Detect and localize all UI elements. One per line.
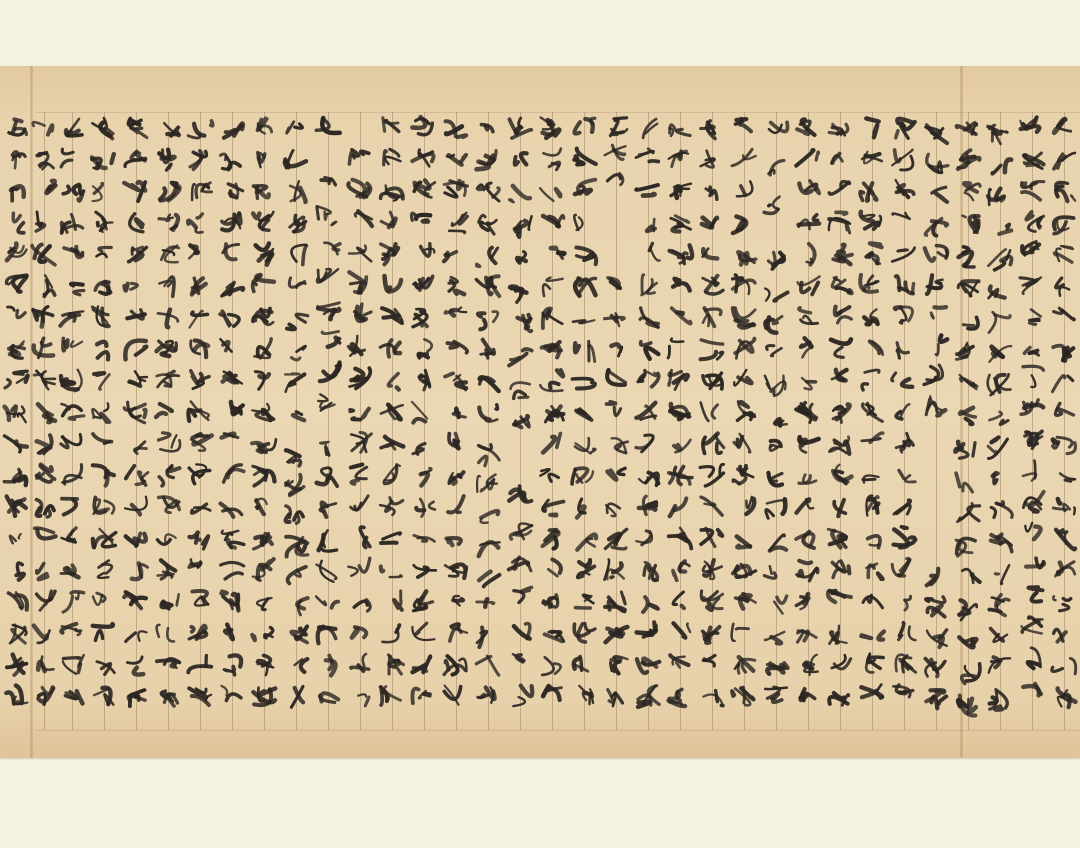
calligraphy-glyph	[896, 655, 916, 673]
calligraphy-glyph	[605, 313, 625, 326]
calligraphy-glyph	[161, 246, 178, 263]
calligraphy-glyph	[701, 121, 715, 139]
calligraphy-glyph	[870, 342, 883, 355]
calligraphy-glyph	[1055, 403, 1073, 415]
calligraphy-glyph	[643, 597, 658, 612]
calligraphy-glyph	[515, 153, 527, 165]
calligraphy-glyph	[316, 118, 339, 133]
calligraphy-glyph	[37, 435, 52, 454]
calligraphy-glyph	[189, 626, 206, 639]
calligraphy-glyph	[360, 527, 370, 547]
calligraphy-glyph	[868, 536, 880, 548]
calligraphy-glyph	[1023, 461, 1036, 481]
calligraphy-glyph	[896, 180, 914, 197]
calligraphy-glyph	[290, 181, 305, 202]
calligraphy-glyph	[255, 499, 266, 514]
calligraphy-glyph	[1025, 431, 1042, 448]
calligraphy-glyph	[574, 657, 588, 672]
calligraphy-glyph	[577, 535, 596, 550]
calligraphy-glyph	[577, 560, 594, 577]
calligraphy-glyph	[449, 277, 464, 294]
calligraphy-glyph	[927, 154, 948, 172]
calligraphy-glyph	[318, 303, 340, 319]
calligraphy-glyph	[768, 473, 782, 486]
calligraphy-glyph	[220, 339, 231, 352]
calligraphy-glyph	[326, 656, 336, 676]
calligraphy-glyph	[291, 686, 303, 707]
calligraphy-glyph	[477, 151, 497, 170]
calligraphy-glyph	[354, 600, 370, 612]
calligraphy-glyph	[126, 466, 148, 485]
calligraphy-glyph	[573, 320, 594, 323]
calligraphy-glyph	[61, 624, 81, 635]
calligraphy-glyph	[832, 277, 852, 293]
calligraphy-glyph	[799, 308, 818, 324]
calligraphy-glyph	[866, 564, 883, 579]
calligraphy-glyph	[256, 244, 273, 265]
calligraphy-glyph	[71, 284, 84, 295]
calligraphy-glyph	[38, 657, 53, 672]
calligraphy-glyph	[444, 686, 460, 705]
calligraphy-glyph	[444, 181, 467, 197]
calligraphy-glyph	[447, 155, 466, 165]
calligraphy-glyph	[36, 212, 45, 231]
calligraphy-glyph	[159, 466, 179, 486]
calligraphy-glyph	[607, 370, 625, 385]
calligraphy-glyph	[735, 339, 754, 359]
calligraphy-glyph	[832, 655, 851, 669]
calligraphy-glyph	[192, 278, 206, 295]
calligraphy-glyph	[295, 659, 308, 672]
calligraphy-glyph	[61, 434, 81, 447]
calligraphy-glyph	[804, 655, 818, 675]
calligraphy-glyph	[892, 373, 913, 387]
calligraphy-glyph	[671, 216, 691, 232]
calligraphy-glyph	[157, 341, 177, 356]
calligraphy-glyph	[159, 215, 178, 230]
calligraphy-glyph	[862, 152, 882, 164]
calligraphy-glyph	[351, 654, 369, 671]
calligraphy-glyph	[649, 243, 659, 260]
calligraphy-glyph	[764, 197, 779, 214]
calligraphy-glyph	[127, 310, 145, 319]
calligraphy-glyph	[514, 416, 529, 427]
calligraphy-glyph	[189, 688, 211, 705]
calligraphy-glyph	[543, 595, 558, 608]
calligraphy-glyph	[97, 342, 108, 360]
calligraphy-glyph	[124, 402, 145, 423]
calligraphy-glyph	[157, 371, 179, 387]
calligraphy-glyph	[10, 534, 21, 543]
calligraphy-glyph	[905, 596, 911, 610]
calligraphy-glyph	[639, 496, 657, 514]
calligraphy-glyph	[1021, 400, 1043, 415]
calligraphy-glyph	[1056, 530, 1075, 550]
calligraphy-glyph	[1022, 242, 1039, 255]
calligraphy-glyph	[796, 499, 813, 513]
calligraphy-glyph	[221, 504, 242, 517]
calligraphy-glyph	[291, 346, 305, 360]
calligraphy-glyph	[1020, 117, 1039, 132]
calligraphy-glyph	[8, 592, 27, 610]
calligraphy-glyph	[669, 151, 688, 166]
calligraphy-glyph	[703, 627, 720, 643]
calligraphy-glyph	[637, 658, 659, 673]
calligraphy-glyph	[125, 341, 146, 360]
calligraphy-glyph	[7, 496, 26, 516]
calligraphy-glyph	[673, 592, 684, 608]
calligraphy-glyph	[159, 497, 180, 513]
calligraphy-glyph	[992, 473, 997, 484]
calligraphy-glyph	[829, 212, 850, 233]
calligraphy-glyph	[449, 213, 467, 233]
calligraphy-glyph	[1023, 153, 1043, 169]
calligraphy-glyph	[125, 152, 145, 167]
calligraphy-glyph	[129, 247, 147, 262]
calligraphy-glyph	[348, 180, 370, 198]
calligraphy-glyph	[320, 442, 329, 455]
calligraphy-glyph	[253, 309, 273, 325]
calligraphy-glyph	[224, 655, 241, 674]
calligraphy-glyph	[637, 622, 656, 637]
calligraphy-glyph	[252, 404, 274, 421]
calligraphy-glyph	[291, 627, 307, 643]
calligraphy-glyph	[449, 434, 459, 449]
calligraphy-glyph	[899, 470, 915, 482]
calligraphy-glyph	[192, 591, 208, 606]
calligraphy-glyph	[35, 528, 56, 539]
calligraphy-glyph	[956, 343, 973, 360]
calligraphy-glyph	[702, 218, 717, 228]
calligraphy-glyph	[932, 187, 947, 202]
calligraphy-glyph	[673, 561, 689, 580]
calligraphy-glyph	[931, 307, 946, 318]
calligraphy-glyph	[959, 247, 975, 267]
calligraphy-glyph	[960, 375, 977, 389]
calligraphy-glyph	[320, 503, 336, 517]
calligraphy-glyph	[670, 498, 687, 516]
calligraphy-glyph	[63, 465, 82, 485]
calligraphy-glyph	[796, 403, 816, 423]
calligraphy-glyph	[703, 691, 723, 706]
calligraphy-glyph	[733, 275, 755, 294]
calligraphy-glyph	[1054, 246, 1073, 262]
calligraphy-glyph	[1025, 523, 1040, 539]
calligraphy-glyph	[1053, 437, 1076, 453]
calligraphy-glyph	[60, 311, 83, 325]
calligraphy-glyph	[896, 404, 909, 419]
calligraphy-glyph	[835, 307, 852, 323]
calligraphy-glyph	[252, 439, 276, 452]
calligraphy-glyph	[290, 215, 306, 232]
calligraphy-glyph	[703, 308, 721, 326]
calligraphy-glyph	[575, 438, 595, 453]
calligraphy-glyph	[644, 562, 657, 580]
calligraphy-glyph	[636, 531, 652, 545]
calligraphy-glyph	[860, 275, 878, 292]
calligraphy-glyph	[6, 686, 27, 705]
calligraphy-glyph	[959, 637, 977, 647]
calligraphy-glyph	[130, 214, 143, 232]
calligraphy-glyph	[63, 655, 84, 674]
calligraphy-glyph	[37, 591, 55, 610]
calligraphy-glyph	[551, 248, 565, 259]
calligraphy-glyph	[572, 468, 593, 484]
calligraphy-glyph	[989, 657, 1011, 673]
calligraphy-glyph	[765, 288, 788, 300]
calligraphy-glyph	[9, 341, 24, 358]
calligraphy-glyph	[543, 149, 560, 170]
calligraphy-glyph	[511, 383, 530, 399]
calligraphy-glyph	[956, 538, 975, 556]
calligraphy-glyph	[799, 437, 818, 452]
calligraphy-glyph	[92, 118, 112, 138]
calligraphy-glyph	[394, 591, 402, 610]
calligraphy-glyph	[380, 687, 400, 706]
calligraphy-glyph	[479, 445, 500, 466]
calligraphy-glyph	[4, 436, 27, 452]
calligraphy-glyph	[10, 625, 26, 644]
calligraphy-glyph	[289, 278, 305, 288]
calligraphy-glyph	[610, 656, 627, 673]
calligraphy-glyph	[605, 592, 625, 612]
calligraphy-glyph	[318, 394, 334, 410]
calligraphy-glyph	[221, 562, 244, 579]
calligraphy-glyph	[925, 246, 948, 261]
calligraphy-glyph	[385, 276, 402, 292]
calligraphy-glyph	[668, 339, 683, 358]
calligraphy-glyph	[1026, 212, 1043, 232]
calligraphy-glyph	[188, 214, 202, 233]
calligraphy-glyph	[479, 215, 497, 234]
calligraphy-glyph	[548, 559, 561, 576]
calligraphy-glyph	[572, 379, 594, 389]
calligraphy-glyph	[833, 405, 850, 423]
calligraphy-glyph	[478, 687, 495, 702]
calligraphy-glyph	[925, 597, 944, 617]
calligraphy-glyph	[703, 560, 722, 579]
calligraphy-glyph	[220, 311, 239, 326]
calligraphy-glyph	[796, 150, 818, 166]
calligraphy-glyph	[5, 406, 26, 422]
calligraphy-glyph	[445, 308, 466, 316]
calligraphy-glyph	[988, 189, 1004, 205]
calligraphy-glyph	[446, 121, 467, 137]
calligraphy-glyph	[445, 565, 467, 578]
calligraphy-glyph	[63, 592, 84, 612]
calligraphy-glyph	[479, 572, 499, 587]
calligraphy-glyph	[284, 150, 306, 168]
calligraphy-glyph	[7, 244, 27, 261]
calligraphy-glyph	[958, 150, 980, 169]
calligraphy-glyph	[221, 154, 241, 170]
calligraphy-glyph	[61, 149, 73, 167]
calligraphy-glyph	[517, 252, 526, 263]
calligraphy-glyph	[61, 215, 82, 234]
calligraphy-glyph	[253, 275, 274, 291]
calligraphy-glyph	[480, 377, 499, 391]
calligraphy-glyph	[732, 687, 754, 705]
calligraphy-glyph	[450, 624, 467, 641]
calligraphy-glyph	[574, 118, 594, 133]
calligraphy-glyph	[34, 626, 50, 643]
calligraphy-glyph	[1023, 684, 1041, 696]
calligraphy-glyph	[94, 497, 114, 513]
calligraphy-glyph	[1028, 587, 1042, 601]
calligraphy-glyph	[158, 560, 176, 579]
calligraphy-glyph	[829, 124, 848, 136]
calligraphy-glyph	[509, 486, 531, 502]
calligraphy-glyph	[63, 338, 82, 351]
calligraphy-glyph	[412, 623, 434, 640]
calligraphy-glyph	[703, 276, 723, 294]
calligraphy-glyph	[257, 655, 274, 675]
calligraphy-glyph	[419, 370, 430, 390]
calligraphy-glyph	[1021, 182, 1043, 200]
calligraphy-glyph	[636, 185, 658, 196]
calligraphy-glyph	[381, 437, 403, 450]
calligraphy-glyph	[479, 405, 497, 422]
calligraphy-glyph	[352, 627, 366, 638]
calligraphy-glyph	[316, 561, 336, 582]
calligraphy-glyph	[926, 690, 946, 708]
calligraphy-glyph	[892, 558, 909, 576]
calligraphy-glyph	[477, 248, 498, 267]
calligraphy-glyph	[862, 370, 879, 390]
calligraphy-glyph	[541, 118, 560, 138]
calligraphy-glyph	[797, 561, 818, 581]
calligraphy-glyph	[764, 566, 775, 578]
calligraphy-glyph	[8, 307, 26, 318]
calligraphy-glyph	[222, 686, 241, 701]
calligraphy-glyph	[1053, 596, 1071, 611]
calligraphy-glyph	[510, 285, 527, 302]
calligraphy-glyph	[866, 496, 878, 516]
calligraphy-glyph	[733, 217, 746, 234]
calligraphy-glyph	[412, 150, 433, 166]
calligraphy-glyph	[61, 404, 84, 420]
calligraphy-glyph	[829, 437, 849, 454]
calligraphy-glyph	[833, 465, 852, 484]
calligraphy-glyph	[770, 535, 787, 551]
calligraphy-glyph	[991, 629, 1008, 642]
calligraphy-glyph	[927, 569, 939, 586]
calligraphy-glyph	[1054, 629, 1066, 641]
calligraphy-glyph	[188, 656, 211, 673]
calligraphy-glyph	[253, 466, 275, 486]
calligraphy-glyph	[351, 464, 367, 483]
calligraphy-glyph	[1024, 348, 1038, 356]
calligraphy-glyph	[575, 595, 593, 608]
calligraphy-glyph	[1054, 119, 1071, 133]
calligraphy-glyph	[16, 563, 24, 580]
calligraphy-glyph	[673, 278, 690, 290]
calligraphy-glyph	[222, 531, 244, 548]
calligraphy-glyph	[574, 149, 596, 165]
calligraphy-glyph	[834, 500, 845, 516]
calligraphy-glyph	[63, 185, 83, 201]
calligraphy-glyph	[124, 182, 145, 201]
calligraphy-glyph	[515, 216, 532, 237]
calligraphy-glyph	[44, 275, 55, 296]
calligraphy-glyph	[132, 563, 148, 579]
calligraphy-glyph	[513, 686, 532, 707]
calligraphy-glyph	[127, 657, 143, 675]
calligraphy-glyph	[829, 182, 849, 195]
calligraphy-glyph	[93, 593, 105, 605]
calligraphy-glyph	[47, 180, 56, 193]
calligraphy-glyph	[93, 434, 112, 444]
calligraphy-glyph	[257, 598, 272, 610]
calligraphy-glyph	[897, 343, 908, 358]
calligraphy-glyph	[412, 213, 431, 221]
calligraphy-glyph	[445, 373, 466, 390]
calligraphy-glyph	[413, 591, 432, 610]
calligraphy-glyph	[157, 534, 175, 544]
calligraphy-glyph	[349, 150, 368, 165]
calligraphy-glyph	[866, 243, 881, 264]
calligraphy-glyph	[990, 690, 1008, 710]
calligraphy-glyph	[734, 370, 752, 386]
calligraphy-glyph	[670, 245, 693, 263]
calligraphy-glyph	[257, 118, 271, 133]
calligraphy-glyph	[222, 213, 241, 230]
calligraphy-glyph	[93, 184, 103, 202]
calligraphy-glyph	[32, 245, 55, 265]
calligraphy-glyph	[702, 249, 717, 259]
calligraphy-glyph	[97, 662, 115, 675]
calligraphy-glyph	[543, 278, 563, 297]
calligraphy-glyph	[285, 374, 304, 392]
calligraphy-glyph	[962, 216, 979, 233]
calligraphy-glyph	[191, 434, 212, 450]
calligraphy-glyph	[861, 632, 884, 640]
calligraphy-glyph	[735, 593, 755, 608]
calligraphy-glyph	[863, 476, 879, 483]
calligraphy-glyph	[832, 561, 849, 577]
calligraphy-glyph	[33, 122, 53, 134]
calligraphy-glyph	[253, 559, 274, 580]
calligraphy-glyph	[639, 473, 658, 486]
calligraphy-glyph	[611, 118, 628, 136]
calligraphy-glyph	[189, 559, 201, 567]
calligraphy-glyph	[733, 564, 756, 577]
calligraphy-glyph	[894, 500, 910, 514]
calligraphy-glyph	[412, 689, 429, 704]
calligraphy-glyph	[964, 183, 980, 200]
calligraphy-glyph	[960, 408, 975, 425]
calligraphy-glyph	[94, 373, 109, 390]
calligraphy-glyph	[898, 623, 915, 640]
calligraphy-glyph	[93, 529, 116, 547]
calligraphy-glyph	[476, 276, 499, 296]
calligraphy-glyph	[733, 466, 753, 484]
calligraphy-glyph	[1053, 376, 1073, 392]
calligraphy-glyph	[9, 119, 27, 135]
calligraphy-glyph	[159, 277, 174, 296]
calligraphy-glyph	[37, 465, 55, 482]
calligraphy-glyph	[636, 435, 653, 452]
calligraphy-glyph	[192, 504, 211, 513]
calligraphy-glyph	[164, 123, 179, 136]
calligraphy-glyph	[765, 632, 784, 644]
calligraphy-glyph	[543, 309, 562, 328]
calligraphy-glyph	[161, 691, 178, 706]
calligraphy-glyph	[962, 664, 980, 684]
calligraphy-glyph	[325, 243, 340, 254]
calligraphy-glyph	[388, 655, 403, 674]
calligraphy-glyph	[477, 183, 500, 201]
